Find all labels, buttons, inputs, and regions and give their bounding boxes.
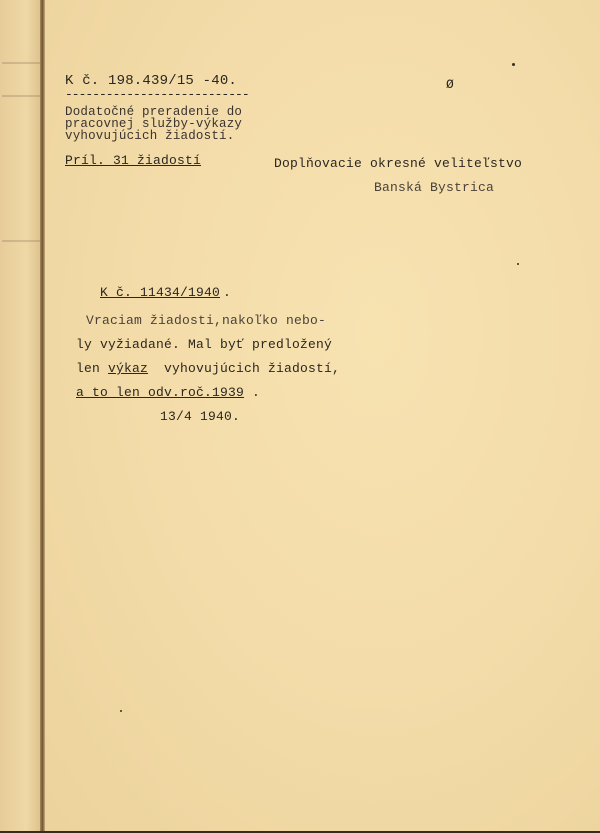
handwritten-mark: Ø <box>446 78 454 92</box>
reply-date: 13/4 1940. <box>160 410 240 424</box>
underlined-phrase-year: a to len odv.roč.1939 <box>76 385 244 400</box>
reference-number: K č. 198.439/15 -40. <box>65 74 237 88</box>
enclosure-note: Príl. 31 žiadostí <box>65 154 201 168</box>
reply-reference-dot: . <box>223 286 231 300</box>
reply-body-line-3-prefix: len <box>76 361 108 376</box>
reference-separator: --------------------------- <box>65 88 249 102</box>
reply-body-line-1: Vraciam žiadosti,nakoľko nebo- <box>86 314 326 328</box>
recipient-line-2: Banská Bystrica <box>374 181 494 195</box>
underlying-page-strip <box>0 0 44 833</box>
bleed-through-mark <box>2 240 40 242</box>
reply-body-line-4-suffix: . <box>244 385 260 400</box>
reply-reference-number: K č. 11434/1940 <box>100 286 220 300</box>
paper-speck <box>120 710 122 712</box>
paper-speck <box>517 263 519 265</box>
subject-line-3: vyhovujúcich žiadostí. <box>65 130 234 142</box>
reply-body-line-3-suffix: vyhovujúcich žiadostí, <box>148 361 340 376</box>
recipient-line-1: Doplňovacie okresné veliteľstvo <box>274 157 522 171</box>
scanned-document: K č. 198.439/15 -40. -------------------… <box>0 0 600 833</box>
paper-speck <box>512 63 515 66</box>
bleed-through-mark <box>2 95 40 97</box>
reply-body-line-2: ly vyžiadané. Mal byť predložený <box>76 338 332 352</box>
reply-body-line-3: len výkaz vyhovujúcich žiadostí, <box>76 362 340 376</box>
reply-body-line-4: a to len odv.roč.1939 . <box>76 386 260 400</box>
bleed-through-mark <box>2 62 40 64</box>
underlined-word-vykaz: výkaz <box>108 361 148 376</box>
